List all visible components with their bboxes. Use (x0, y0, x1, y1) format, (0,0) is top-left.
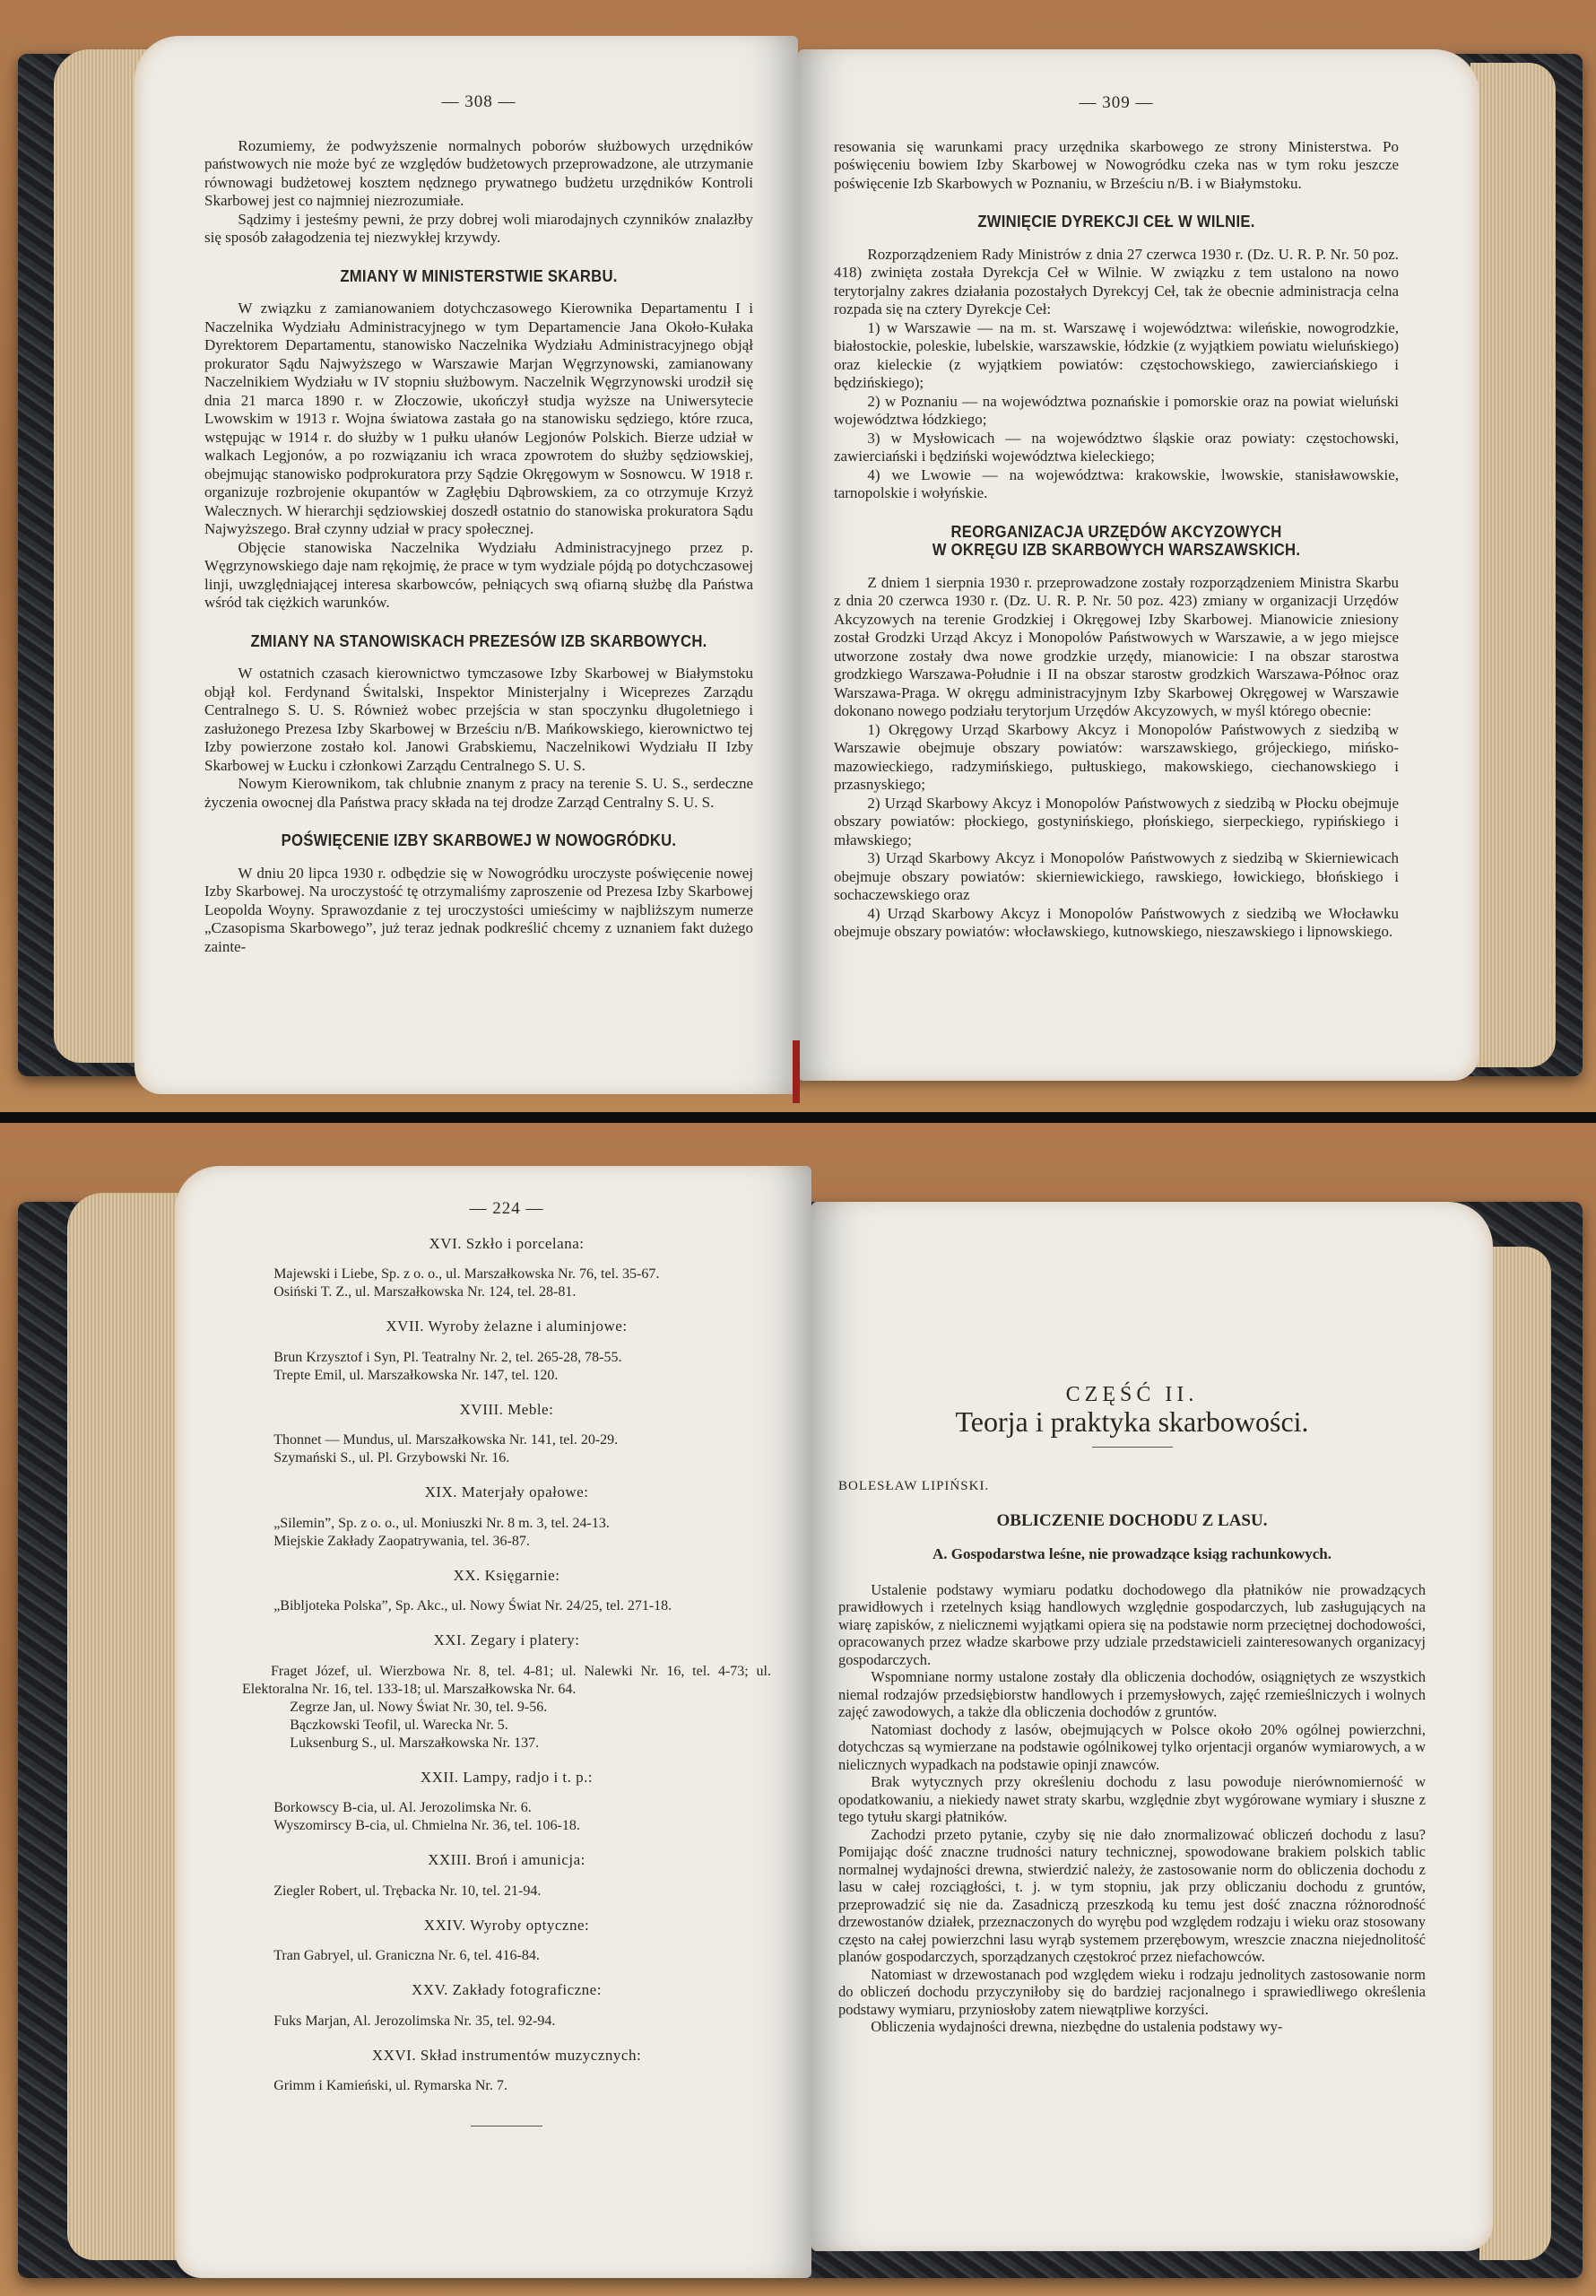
category-heading: XXII. Lampy, radjo i t. p.: (242, 1769, 771, 1787)
directory-entry: Bączkowski Teofil, ul. Warecka Nr. 5. (242, 1717, 771, 1735)
directory-entry: Zegrze Jan, ul. Nowy Świat Nr. 30, tel. … (242, 1699, 771, 1717)
directory-entry: Szymański S., ul. Pl. Grzybowski Nr. 16. (242, 1449, 771, 1467)
page-number: — 308 — (204, 93, 753, 112)
author-name: BOLESŁAW LIPIŃSKI. (838, 1478, 1426, 1496)
directory-entry: Majewski i Liebe, Sp. z o. o., ul. Marsz… (242, 1265, 771, 1283)
directory-entry: Tran Gabryel, ul. Graniczna Nr. 6, tel. … (242, 1947, 771, 1965)
list-item: 3) w Mysłowicach — na województwo śląski… (834, 430, 1399, 466)
page-edges-right (1470, 63, 1556, 1067)
title-rule (1092, 1447, 1173, 1448)
directory-entry: Grimm i Kamieński, ul. Rymarska Nr. 7. (242, 2077, 771, 2095)
section-heading: ZWINIĘCIE DYREKCJI CEŁ W WILNIE. (863, 213, 1371, 231)
paragraph: Obliczenia wydajności drewna, niezbędne … (838, 2018, 1426, 2036)
article-title: OBLICZENIE DOCHODU Z LASU. (838, 1512, 1426, 1530)
article-subtitle: A. Gospodarstwa leśne, nie prowadzące ks… (838, 1545, 1426, 1563)
part-label: CZĘŚĆ II. (838, 1387, 1426, 1405)
category-heading: XVIII. Meble: (242, 1401, 771, 1420)
directory-entry: Miejskie Zakłady Zaopatrywania, tel. 36-… (242, 1533, 771, 1551)
directory-entry: „Bibljoteka Polska”, Sp. Akc., ul. Nowy … (242, 1597, 771, 1615)
bookmark-ribbon (793, 1040, 800, 1103)
page-number: — 224 — (242, 1200, 771, 1219)
paragraph: Nowym Kierownikom, tak chlubnie znanym z… (204, 775, 753, 812)
directory-entry: Borkowscy B-cia, ul. Al. Jerozolimska Nr… (242, 1799, 771, 1817)
paragraph: Brak wytycznych przy określeniu dochodu … (838, 1773, 1426, 1826)
category-heading: XXIII. Broń i amunicja: (242, 1851, 771, 1870)
paragraph: Rozporządzeniem Rady Ministrów z dnia 27… (834, 246, 1399, 319)
paragraph: Sądzimy i jesteśmy pewni, że przy dobrej… (204, 211, 753, 248)
section-heading: REORGANIZACJA URZĘDÓW AKCYZOWYCH (863, 523, 1371, 542)
paragraph: Objęcie stanowiska Naczelnika Wydziału A… (204, 539, 753, 613)
category-heading: XXI. Zegary i platery: (242, 1631, 771, 1650)
list-item: 2) w Poznaniu — na województwa poznański… (834, 393, 1399, 430)
list-item: 4) Urząd Skarbowy Akcyz i Monopolów Pańs… (834, 905, 1399, 942)
end-rule (471, 2126, 542, 2126)
paragraph: W ostatnich czasach kierownictwo tymczas… (204, 665, 753, 775)
directory-entry: Ziegler Robert, ul. Trębacka Nr. 10, tel… (242, 1883, 771, 1900)
list-item: 1) w Warszawie — na m. st. Warszawę i wo… (834, 319, 1399, 393)
paragraph: Wspomniane normy ustalone zostały dla ob… (838, 1668, 1426, 1721)
page-edges-left (67, 1193, 184, 2260)
category-heading: XVII. Wyroby żelazne i aluminjowe: (242, 1318, 771, 1336)
page-number: — 309 — (834, 94, 1399, 113)
section-heading: ZMIANY NA STANOWISKACH PREZESÓW IZB SKAR… (232, 632, 726, 651)
directory-entry: Luksenburg S., ul. Marszałkowska Nr. 137… (242, 1735, 771, 1752)
directory-entry: Wyszomirscy B-cia, ul. Chmielna Nr. 36, … (242, 1817, 771, 1835)
list-item: 3) Urząd Skarbowy Akcyz i Monopolów Pańs… (834, 849, 1399, 905)
directory-entry: Osiński T. Z., ul. Marszałkowska Nr. 124… (242, 1283, 771, 1301)
directory-entry: Thonnet — Mundus, ul. Marszałkowska Nr. … (242, 1431, 771, 1449)
category-heading: XIX. Materjały opałowe: (242, 1483, 771, 1502)
photo-divider (0, 1112, 1596, 1123)
paragraph: Ustalenie podstawy wymiaru podatku docho… (838, 1581, 1426, 1669)
category-heading: XXVI. Skład instrumentów muzycznych: (242, 2047, 771, 2066)
directory-entry: „Silemin”, Sp. z o. o., ul. Moniuszki Nr… (242, 1515, 771, 1533)
list-item: 4) we Lwowie — na województwa: krakowski… (834, 466, 1399, 503)
paragraph: Z dniem 1 sierpnia 1930 r. przeprowadzon… (834, 574, 1399, 721)
category-heading: XX. Księgarnie: (242, 1567, 771, 1586)
paragraph: Rozumiemy, że podwyższenie normalnych po… (204, 137, 753, 211)
section-heading: POŚWIĘCENIE IZBY SKARBOWEJ W NOWOGRÓDKU. (232, 831, 726, 850)
part-title: Teorja i praktyka skarbowości. (838, 1413, 1426, 1431)
category-heading: XXIV. Wyroby optyczne: (242, 1917, 771, 1935)
directory-entry: Fraget Józef, ul. Wierzbowa Nr. 8, tel. … (242, 1663, 771, 1699)
page-308: — 308 — Rozumiemy, że podwyższenie norma… (134, 36, 798, 1094)
paragraph: resowania się warunkami pracy urzędnika … (834, 138, 1399, 194)
paragraph: Natomiast dochody z lasów, obejmujących … (838, 1721, 1426, 1774)
page-224: — 224 — XVI. Szkło i porcelana: Majewski… (175, 1166, 811, 2278)
directory-entry: Trepte Emil, ul. Marszałkowska Nr. 147, … (242, 1367, 771, 1385)
page-309: — 309 — resowania się warunkami pracy ur… (798, 49, 1479, 1081)
paragraph: Natomiast w drzewostanach pod względem w… (838, 1966, 1426, 2019)
category-heading: XXV. Zakłady fotograficzne: (242, 1981, 771, 2000)
directory-entry: Brun Krzysztof i Syn, Pl. Teatralny Nr. … (242, 1349, 771, 1367)
list-item: 2) Urząd Skarbowy Akcyz i Monopolów Pańs… (834, 795, 1399, 850)
paragraph: W dniu 20 lipca 1930 r. odbędzie się w N… (204, 865, 753, 957)
section-heading: ZMIANY W MINISTERSTWIE SKARBU. (232, 267, 726, 286)
paragraph: W związku z zamianowaniem dotychczasoweg… (204, 300, 753, 539)
page-part-two: CZĘŚĆ II. Teorja i praktyka skarbowości.… (811, 1202, 1493, 2251)
directory-entry: Fuks Marjan, Al. Jerozolimska Nr. 35, te… (242, 2013, 771, 2031)
list-item: 1) Okręgowy Urząd Skarbowy Akcyz i Monop… (834, 721, 1399, 795)
section-heading: W OKRĘGU IZB SKARBOWYCH WARSZAWSKICH. (863, 541, 1371, 560)
category-heading: XVI. Szkło i porcelana: (242, 1235, 771, 1254)
paragraph: Zachodzi przeto pytanie, czyby się nie d… (838, 1826, 1426, 1966)
